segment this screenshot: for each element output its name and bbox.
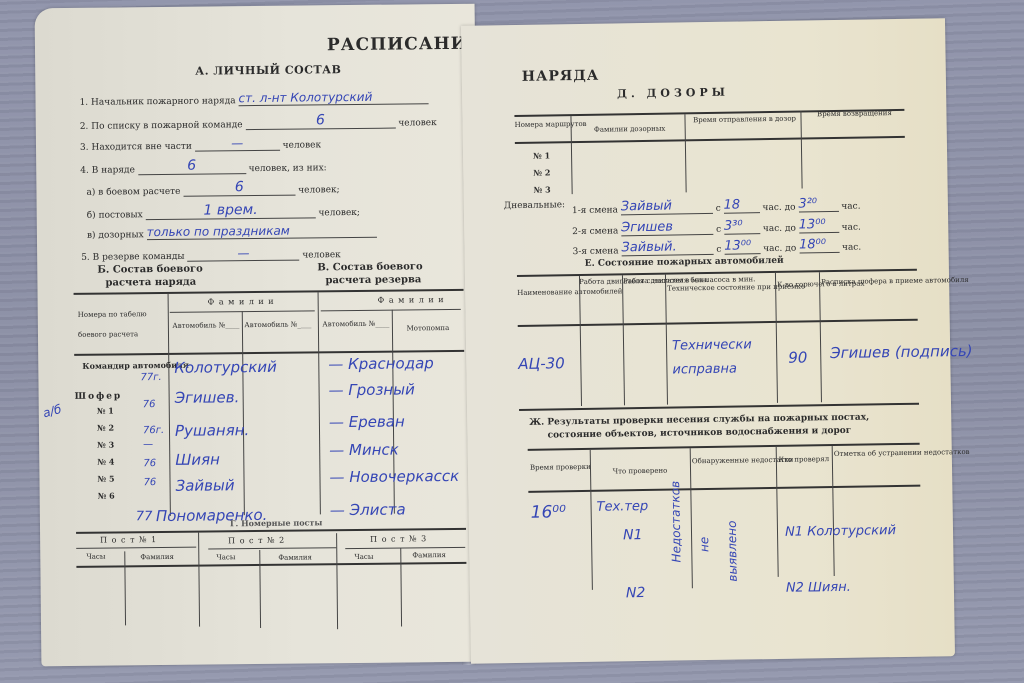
vehicles-header: Техническое состояние при приемке: [667, 283, 775, 294]
crew-name: Шиян: [175, 450, 220, 468]
crew-role: № 6: [98, 491, 115, 501]
field-value: —: [195, 136, 280, 152]
section-b-heading: Б. Состав боевого расчета наряда: [97, 263, 203, 290]
post-subheader: Часы: [354, 553, 373, 561]
field-value: —: [187, 246, 299, 262]
shift-row: 1-я смена Зайвый с 18 час. до 3²⁰ час.: [572, 196, 861, 217]
inspection-header: Что проверено: [592, 466, 688, 477]
post-subheader: Часы: [86, 553, 105, 561]
inspection-defects: не: [697, 537, 711, 552]
inspection-time: 16⁰⁰: [531, 502, 567, 523]
crew-table: Номера по табелю боевого расчета Ф а м и…: [35, 4, 475, 9]
vehicles-table: Е. Состояние пожарных автомобилей Наимен…: [461, 18, 945, 26]
patrols-header: Время возвращения: [804, 109, 904, 120]
section-d-heading: Д. ДОЗОРЫ: [617, 86, 729, 101]
orderlies-label: Дневальные:: [504, 200, 565, 211]
inspection-defects: Недостатков: [668, 481, 683, 563]
vehicles-header: К-во горючего в литрах: [777, 280, 817, 290]
field-row: в) дозорных только по праздникам: [87, 223, 377, 241]
right-page: НАРЯДА Д. ДОЗОРЫ Номера маршрутов Фамили…: [461, 18, 955, 664]
section-g-heading: Г. Номерные посты: [230, 517, 323, 528]
orderlies-block: Дневальные: 1-я смена Зайвый с 18 час. д…: [461, 18, 945, 26]
route-label: № 3: [534, 184, 551, 194]
inspection-checked: N2: [626, 585, 646, 601]
crew-table-subheader: Мотопомпа: [394, 324, 462, 334]
crew-role: № 5: [97, 474, 114, 484]
left-page: РАСПИСАНИЕ А. ЛИЧНЫЙ СОСТАВ 1. Начальник…: [35, 4, 482, 667]
field-row: 2. По списку в пожарной команде 6 челове…: [80, 111, 437, 132]
inspection-header: Кто проверял: [778, 452, 830, 467]
inspection-defects: выявлено: [725, 520, 740, 581]
field-value: только по праздникам: [146, 223, 376, 240]
crew-role: Шофер: [75, 391, 123, 401]
inspection-header: Отметка об устранении недостатков: [834, 449, 918, 459]
route-label: № 2: [533, 167, 550, 177]
shift-row: 3-я смена Зайвый. с 13⁰⁰ час. до 18⁰⁰ ча…: [572, 237, 861, 258]
route-label: № 1: [533, 150, 550, 160]
vehicle-fuel: 90: [788, 348, 807, 366]
driver-signature: Эгишев (подпись): [830, 342, 973, 362]
field-value: 6: [183, 179, 295, 197]
crew-year: 76: [143, 399, 156, 410]
patrols-header: Номера маршрутов: [515, 120, 571, 130]
vehicles-header: Наименование автомобилей: [517, 288, 577, 298]
post-subheader: Фамилия: [412, 551, 446, 559]
patrols-header: Фамилии дозорных: [575, 124, 685, 135]
crew-role: № 3: [97, 440, 114, 450]
crew-year: 76: [143, 458, 156, 469]
vehicle-condition: Технически исправна: [672, 333, 773, 383]
vehicles-header: Работа двигателя без насоса в мин.: [623, 277, 665, 287]
field-value: 1 врем.: [145, 201, 315, 220]
section-e-heading: Е. Состояние пожарных автомобилей: [585, 256, 784, 269]
crew-table-number-header: Номера по табелю боевого расчета: [78, 304, 147, 345]
crew-table-group-header: Ф а м и л и и: [208, 297, 275, 307]
crew-name: Эгишев.: [175, 388, 240, 407]
document-title-left: РАСПИСАНИЕ: [327, 34, 482, 56]
crew-table-subheader: Автомобиль №____: [244, 320, 312, 330]
vehicles-header: Расписка шофера в приеме автомобиля: [821, 277, 911, 287]
crew-year: 76г.: [143, 425, 164, 436]
crew-year: 77: [136, 509, 153, 524]
crew-city: — Грозный: [328, 380, 414, 399]
crew-table-subheader: Автомобиль №____: [322, 320, 390, 330]
crew-role: № 2: [97, 423, 114, 433]
crew-role: Командир автомобиля: [82, 360, 142, 371]
shift-row: 2-я смена Эгишев с 3³⁰ час. до 13⁰⁰ час.: [572, 217, 861, 238]
inspection-checked: N1: [623, 527, 643, 543]
field-value: ст. л-нт Колотурский: [238, 89, 428, 106]
inspection-who: N1 Колотурский: [785, 523, 896, 540]
crew-city: — Ереван: [329, 412, 405, 431]
crew-year: 77г.: [140, 372, 161, 383]
crew-city: — Краснодар: [328, 354, 434, 373]
vehicle-name: АЦ-30: [518, 354, 565, 373]
field-row: б) постовых 1 врем. человек;: [87, 201, 360, 221]
post-header: П о с т № 1: [100, 535, 157, 545]
document-title-right: НАРЯДА: [522, 68, 600, 85]
post-subheader: Часы: [216, 553, 235, 561]
crew-city: — Элиста: [330, 500, 406, 519]
field-row: а) в боевом расчете 6 человек;: [86, 178, 339, 198]
field-row: 5. В резерве команды — человек: [81, 245, 341, 263]
inspection-table: Ж. Результаты проверки несения службы на…: [461, 18, 945, 26]
section-a-heading: А. ЛИЧНЫЙ СОСТАВ: [195, 63, 341, 78]
crew-name: Колотурский: [174, 358, 277, 377]
posts-table: Г. Номерные посты П о с т № 1 П о с т № …: [35, 4, 475, 9]
crew-city: — Минск: [329, 441, 399, 460]
section-zh-heading: Ж. Результаты проверки несения службы на…: [529, 411, 869, 442]
field-value: 6: [245, 112, 395, 131]
patrols-table: Номера маршрутов Фамилии дозорных Время …: [461, 18, 945, 26]
patrols-header: Время отправления в дозор: [688, 115, 800, 126]
post-subheader: Фамилия: [278, 553, 312, 561]
inspection-who: N2 Шиян.: [786, 580, 851, 596]
field-row: 1. Начальник пожарного наряда ст. л-нт К…: [79, 89, 428, 108]
field-row: 3. Находится вне части — человек: [80, 135, 321, 153]
crew-role: № 4: [97, 457, 114, 467]
vehicles-header: Работа двигателя с насосом в мин.: [579, 277, 621, 287]
post-header: П о с т № 2: [228, 536, 285, 546]
section-a-rows: 1. Начальник пожарного наряда ст. л-нт К…: [35, 4, 475, 9]
field-row: 4. В наряде 6 человек, из них:: [80, 156, 327, 176]
crew-table-group-header: Ф а м и л и и: [378, 295, 445, 305]
inspection-header: Время проверки: [530, 460, 588, 475]
crew-name: Зайвый: [175, 476, 234, 495]
crew-name: Рушанян.: [175, 421, 249, 440]
crew-year: —: [143, 439, 153, 450]
field-value: 6: [138, 157, 246, 175]
crew-table-subheader: Автомобиль №____: [172, 321, 240, 331]
section-v-heading: В. Состав боевого расчета резерва: [317, 260, 423, 287]
crew-city: — Новочеркасск: [329, 467, 459, 486]
crew-year: 76: [143, 477, 156, 488]
inspection-header: Обнаруженные недостатки: [692, 453, 774, 468]
crew-role: № 1: [97, 406, 114, 416]
inspection-checked: Тех.тер: [596, 499, 648, 515]
post-header: П о с т № 3: [370, 534, 427, 544]
side-note: а/б: [41, 402, 63, 421]
post-subheader: Фамилия: [140, 553, 174, 561]
